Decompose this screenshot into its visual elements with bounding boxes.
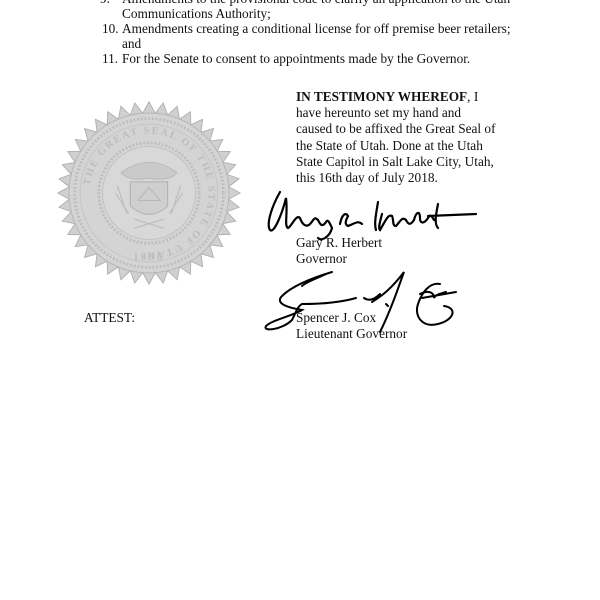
testimony-lead: IN TESTIMONY WHEREOF [296, 89, 467, 104]
list-text-line: Amendments creating a conditional licens… [122, 21, 511, 37]
list-number: 11. [102, 51, 124, 67]
lieutenant-governor-name: Spencer J. Cox [296, 310, 376, 326]
governor-name: Gary R. Herbert [296, 235, 382, 251]
attest-label: ATTEST: [84, 310, 135, 326]
list-item-10-continuation: and [122, 36, 141, 52]
list-number: 10. [102, 21, 124, 37]
seal-year: 1896 [133, 252, 165, 263]
testimony-paragraph: IN TESTIMONY WHEREOF, I have hereunto se… [296, 89, 496, 186]
governor-title: Governor [296, 251, 347, 267]
list-item-9-continuation: Communications Authority; [122, 6, 271, 22]
list-number: 9. [100, 0, 122, 7]
lieutenant-governor-title: Lieutenant Governor [296, 326, 407, 342]
list-text-line: For the Senate to consent to appointment… [122, 51, 470, 67]
great-seal-icon: THE GREAT SEAL OF THE STATE OF UTAH 1896 [56, 100, 242, 286]
